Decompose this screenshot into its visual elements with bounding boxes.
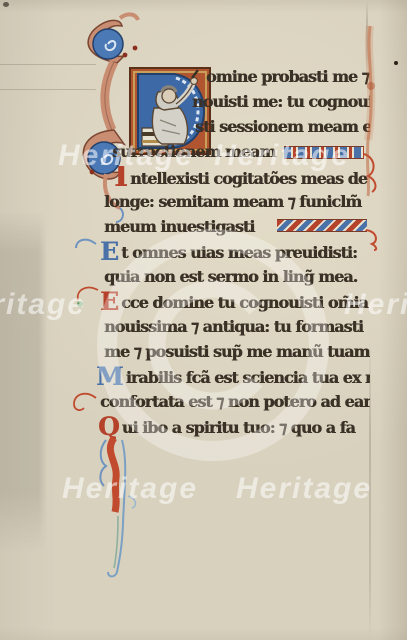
page-edge-shadow bbox=[0, 212, 47, 552]
line-text: nouisti me: tu cognoui bbox=[192, 92, 370, 111]
line-text: sti sessionem meam et bbox=[195, 117, 370, 136]
heritage-watermark: Heritage bbox=[62, 472, 198, 506]
heritage-watermark: Heritage bbox=[0, 288, 86, 322]
copyright-watermark-icon bbox=[93, 225, 333, 465]
filler-pen-hook bbox=[364, 228, 384, 252]
text-line: sti sessionem meam et bbox=[195, 116, 370, 138]
text-line: longe: semitam meam ⁊ funiclm̃ bbox=[104, 191, 370, 213]
parchment-stain bbox=[356, 20, 386, 200]
heritage-watermark: Heritage bbox=[236, 472, 372, 506]
ink-speck bbox=[3, 2, 9, 7]
line-text: longe: semitam meam ⁊ funiclm̃ bbox=[104, 192, 361, 211]
text-line: omine probasti me ⁊ cog̃ bbox=[204, 66, 370, 88]
heritage-watermark: Heritage bbox=[214, 139, 350, 173]
heritage-watermark: Heritage bbox=[344, 288, 407, 322]
text-line: nouisti me: tu cognoui bbox=[192, 91, 370, 113]
ink-speck bbox=[394, 61, 398, 65]
manuscript-photo: omine probasti me ⁊ cog̃ nouisti me: tu … bbox=[0, 0, 407, 640]
heritage-watermark: Heritage bbox=[58, 139, 194, 173]
line-text: omine probasti me ⁊ cog̃ bbox=[206, 67, 370, 86]
